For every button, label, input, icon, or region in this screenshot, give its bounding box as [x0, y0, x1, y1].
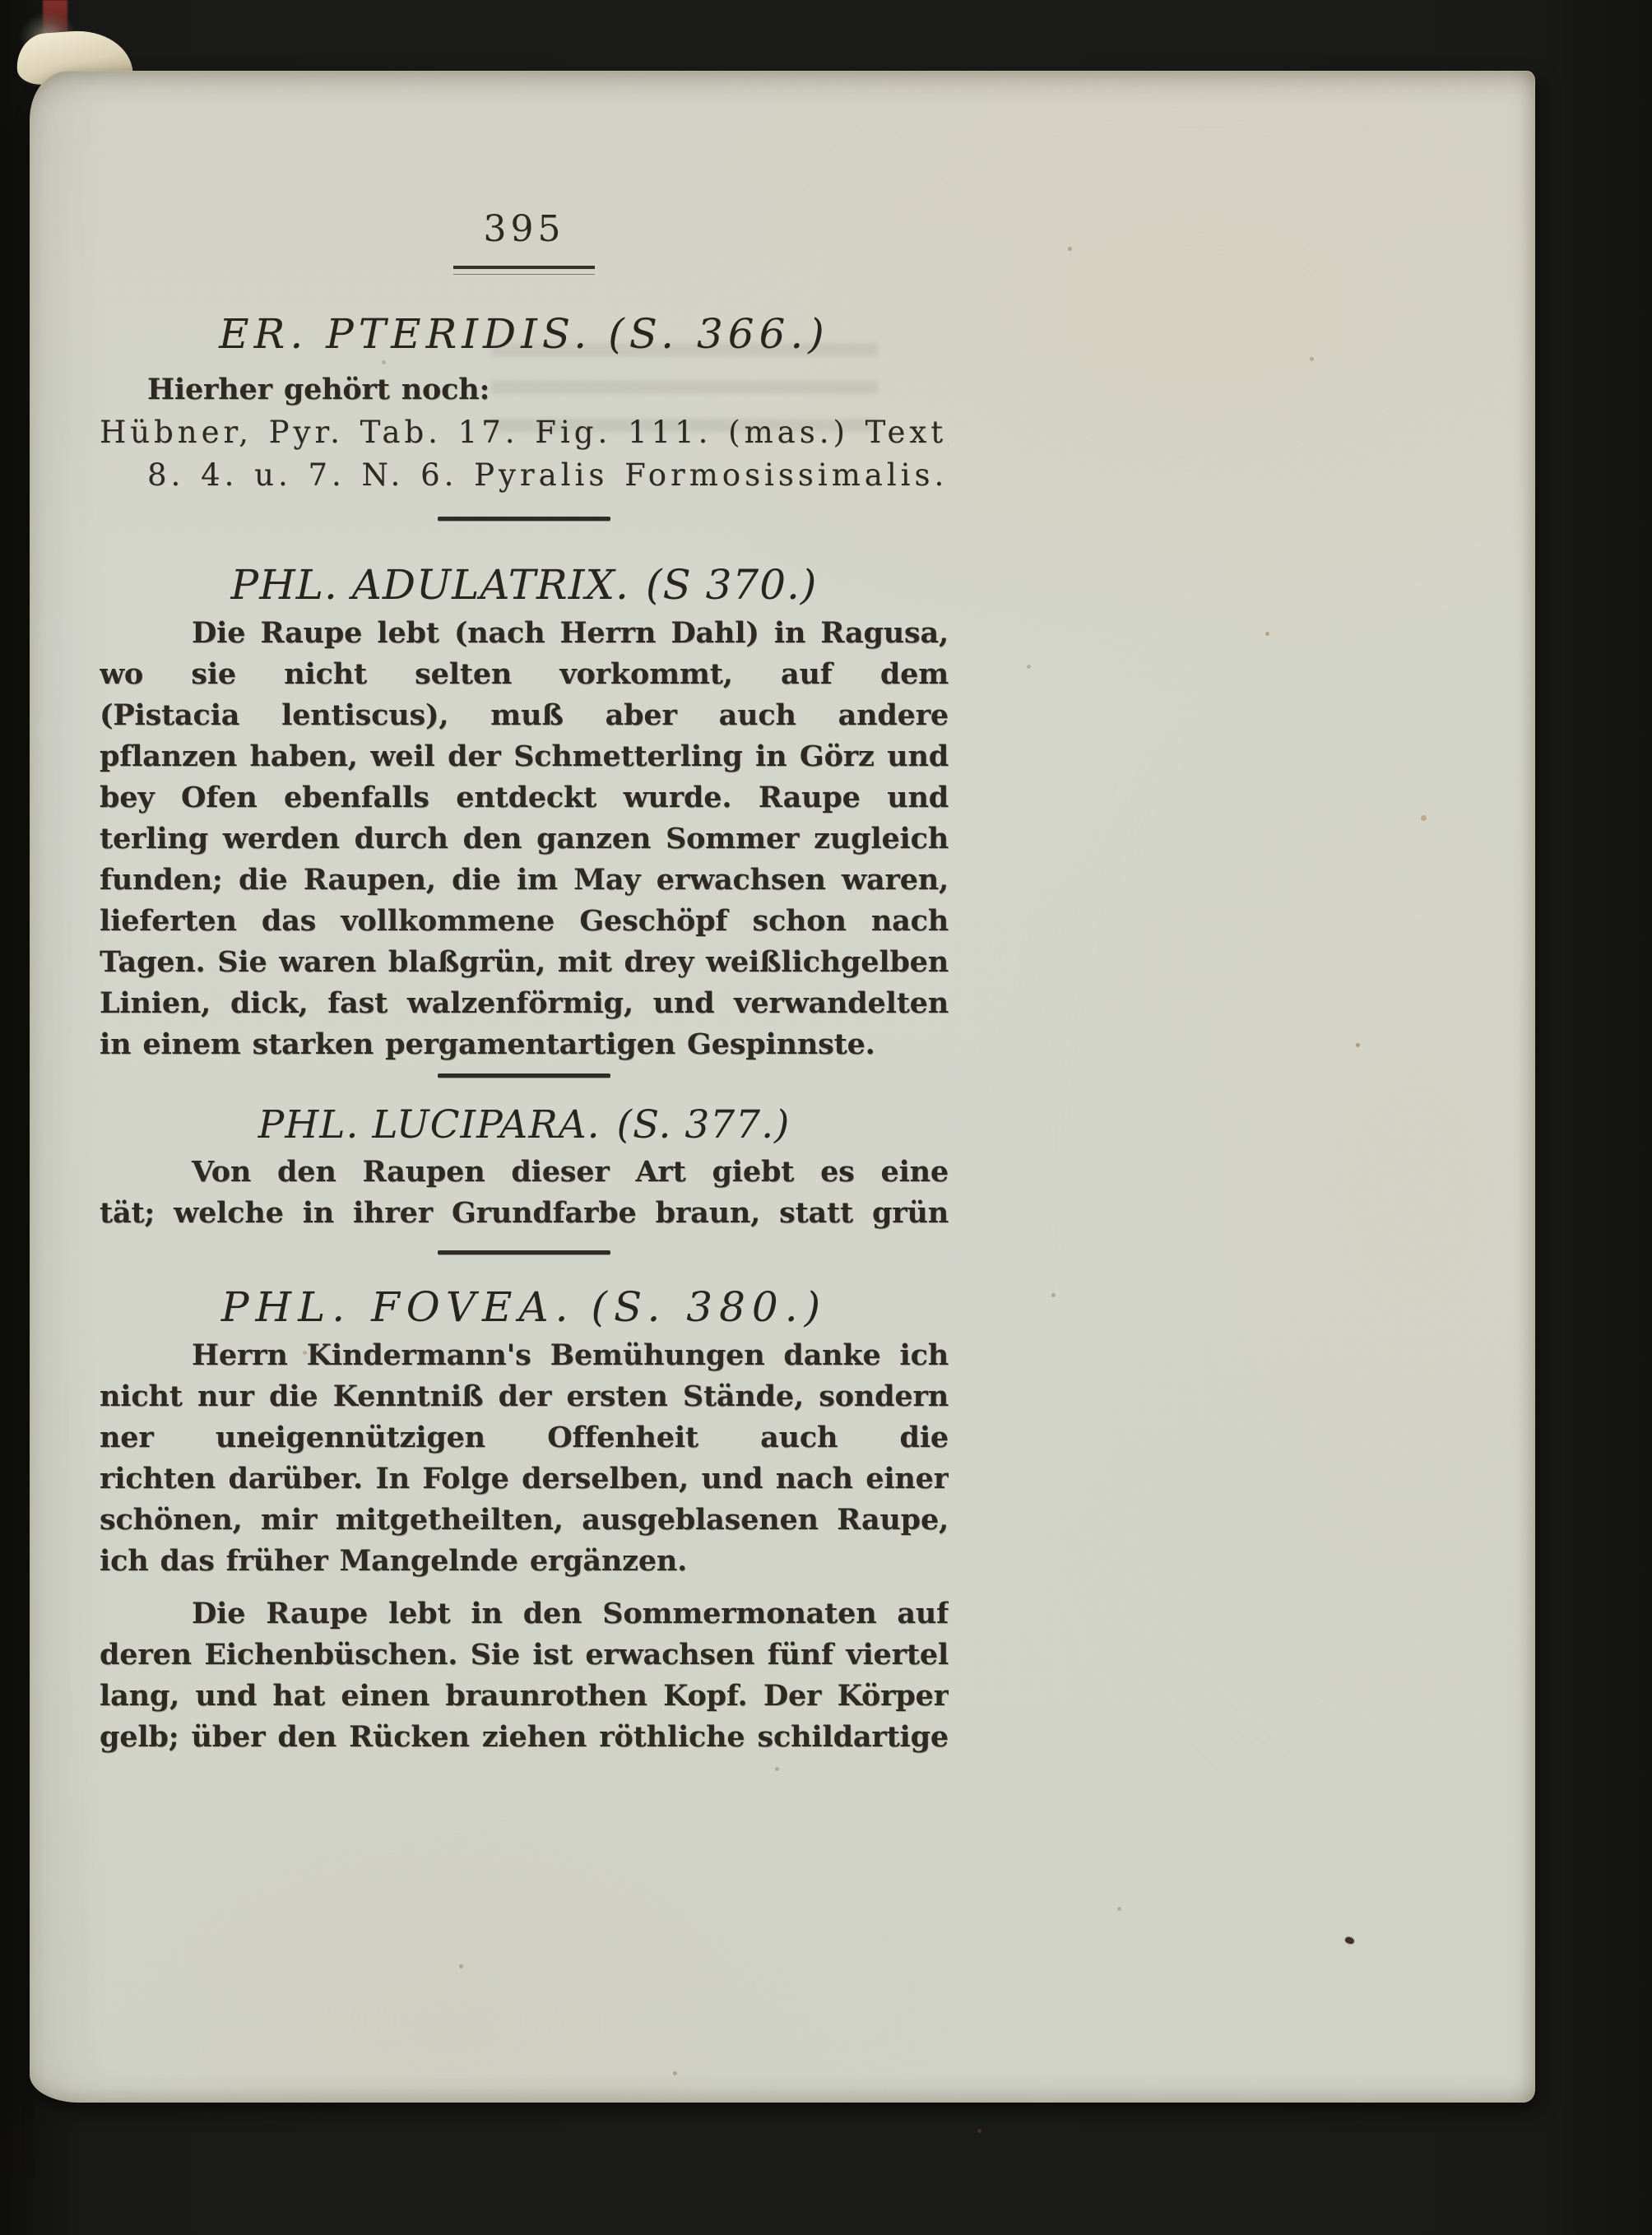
section-divider: [438, 517, 610, 521]
text-line: funden; die Raupen, die im May erwachsen…: [100, 860, 949, 901]
species-heading: ER. PTERIDIS.(S. 366.): [100, 311, 949, 357]
text-line: Hierher gehört noch:: [100, 369, 949, 411]
text-line: Von den Raupen dieser Art giebt es eine …: [100, 1152, 949, 1193]
species-name: ER. PTERIDIS.: [219, 310, 592, 358]
text-line: Tagen. Sie waren blaßgrün, mit drey weiß…: [100, 942, 949, 983]
paper-fibre-specks: [30, 72, 33, 74]
book-page: 395 ER. PTERIDIS.(S. 366.) Hierher gehör…: [30, 71, 1535, 2103]
text-line: (Pistacia lentiscus), muß aber auch ande…: [100, 695, 949, 736]
section-divider: [438, 1250, 610, 1254]
species-heading: PHL. LUCIPARA.(S. 377.): [100, 1102, 949, 1148]
text-line: gelb; über den Rücken ziehen röthliche s…: [100, 1717, 949, 1758]
text-line: pflanzen haben, weil der Schmetterling i…: [100, 736, 949, 777]
scanner-background: { "document": { "page_number": "395", "s…: [0, 0, 1652, 2235]
text-line: terling werden durch den ganzen Sommer z…: [100, 818, 949, 860]
text-line: ich das früher Mangelnde ergänzen.: [100, 1541, 949, 1582]
text-line: richten darüber. In Folge derselben, und…: [100, 1458, 949, 1500]
text-line: 8. 4. u. 7. N. 6. Pyralis Formosissimali…: [100, 454, 949, 497]
text-line: Herrn Kindermann's Bemühungen danke ich: [100, 1335, 949, 1376]
text-line: ner uneigennützigen Offenheit auch die b…: [100, 1417, 949, 1458]
page-reference: (S. 380.): [592, 1283, 828, 1331]
page-reference: (S. 366.): [608, 310, 829, 358]
text-line: bey Ofen ebenfalls entdeckt wurde. Raupe…: [100, 777, 949, 818]
text-line: Hübner, Pyr. Tab. 17. Fig. 111. (mas.) T…: [100, 411, 949, 454]
text-line: Die Raupe lebt (nach Herrn Dahl) in Ragu…: [100, 613, 949, 654]
species-name: PHL. ADULATRIX.: [231, 561, 629, 609]
text-line: Die Raupe lebt in den Sommermonaten auf …: [100, 1593, 949, 1635]
page-number: 395: [100, 210, 949, 249]
species-name: PHL. LUCIPARA.: [258, 1102, 601, 1148]
text-line: in einem starken pergamentartigen Gespin…: [100, 1024, 949, 1065]
text-line: tät; welche in ihrer Grundfarbe braun, s…: [100, 1193, 949, 1234]
species-heading: PHL. FOVEA.(S. 380.): [100, 1284, 949, 1330]
text-line: lieferten das vollkommene Geschöpf schon…: [100, 901, 949, 942]
text-line: lang, und hat einen braunrothen Kopf. De…: [100, 1676, 949, 1717]
species-heading: PHL. ADULATRIX.(S 370.): [100, 562, 949, 608]
page-number-rule: [453, 266, 595, 275]
dark-paper-speck: [1344, 1936, 1355, 1945]
page-content: 395 ER. PTERIDIS.(S. 366.) Hierher gehör…: [100, 72, 949, 1758]
text-line: nicht nur die Kenntniß der ersten Stände…: [100, 1376, 949, 1417]
page-reference: (S. 377.): [617, 1102, 791, 1148]
text-line: schönen, mir mitgetheilten, ausgeblasene…: [100, 1500, 949, 1541]
page-reference: (S 370.): [646, 561, 818, 609]
section-divider: [438, 1073, 610, 1078]
species-name: PHL. FOVEA.: [221, 1283, 575, 1331]
text-line: Linien, dick, fast walzenförmig, und ver…: [100, 983, 949, 1024]
text-line: deren Eichenbüschen. Sie ist erwachsen f…: [100, 1635, 949, 1676]
text-line: wo sie nicht selten vorkommt, auf dem Ma…: [100, 654, 949, 695]
